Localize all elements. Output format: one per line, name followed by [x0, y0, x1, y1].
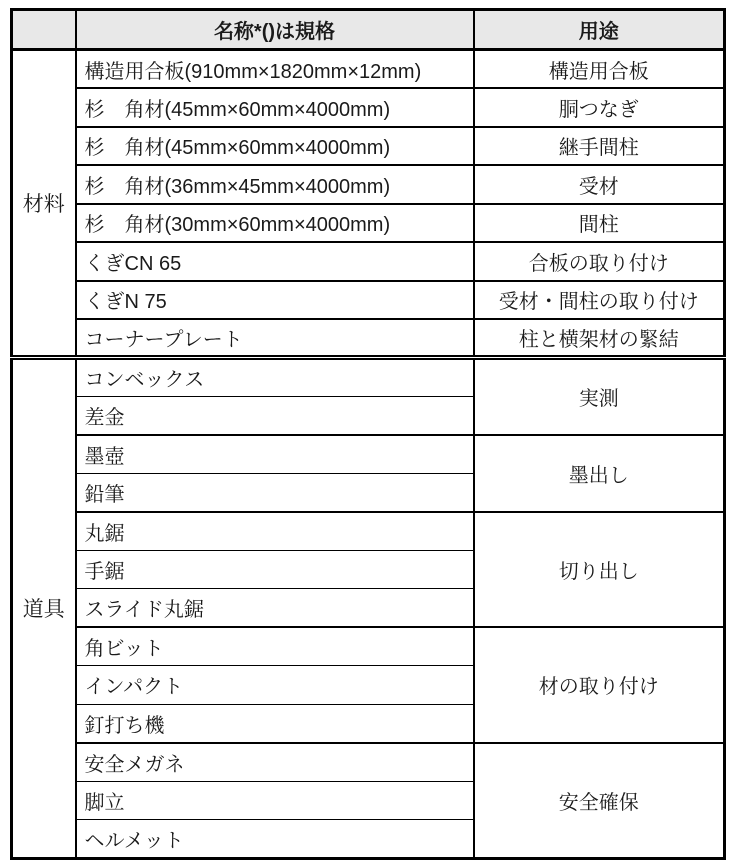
item-name-cell: コーナープレート: [76, 319, 474, 358]
use-cell: 間柱: [474, 204, 725, 243]
table-row: 丸鋸 切り出し: [12, 512, 725, 551]
item-name-cell: 手鋸: [76, 550, 474, 589]
table-row: 杉 角材(30mm×60mm×4000mm) 間柱: [12, 204, 725, 243]
use-cell: 構造用合板: [474, 50, 725, 89]
table-row: 角ビット 材の取り付け: [12, 627, 725, 666]
table-row: 道具 コンベックス 実測: [12, 358, 725, 397]
item-name-cell: スライド丸鋸: [76, 589, 474, 628]
table-row: 材料 構造用合板(910mm×1820mm×12mm) 構造用合板: [12, 50, 725, 89]
section-label-materials: 材料: [12, 50, 76, 358]
table-row: 杉 角材(36mm×45mm×4000mm) 受材: [12, 165, 725, 204]
use-cell: 柱と横架材の緊結: [474, 319, 725, 358]
item-name-cell: 杉 角材(45mm×60mm×4000mm): [76, 127, 474, 166]
item-name-cell: 釘打ち機: [76, 704, 474, 743]
header-row: 名称*()は規格 用途: [12, 10, 725, 50]
item-name-cell: 墨壺: [76, 435, 474, 474]
table-row: 杉 角材(45mm×60mm×4000mm) 胴つなぎ: [12, 88, 725, 127]
use-cell: 実測: [474, 358, 725, 435]
materials-tools-table: 名称*()は規格 用途 材料 構造用合板(910mm×1820mm×12mm) …: [10, 8, 726, 860]
table-row: 墨壺 墨出し: [12, 435, 725, 474]
name-spec-header: 名称*()は規格: [76, 10, 474, 50]
table-row: 安全メガネ 安全確保: [12, 743, 725, 782]
item-name-cell: 構造用合板(910mm×1820mm×12mm): [76, 50, 474, 89]
use-header: 用途: [474, 10, 725, 50]
item-name-cell: くぎN 75: [76, 281, 474, 320]
item-name-cell: 差金: [76, 396, 474, 435]
use-cell: 切り出し: [474, 512, 725, 628]
item-name-cell: 杉 角材(36mm×45mm×4000mm): [76, 165, 474, 204]
item-name-cell: 安全メガネ: [76, 743, 474, 782]
section-label-tools: 道具: [12, 358, 76, 859]
item-name-cell: 角ビット: [76, 627, 474, 666]
use-cell: 継手間柱: [474, 127, 725, 166]
item-name-cell: インパクト: [76, 666, 474, 705]
item-name-cell: コンベックス: [76, 358, 474, 397]
item-name-cell: 脚立: [76, 781, 474, 820]
table-row: 杉 角材(45mm×60mm×4000mm) 継手間柱: [12, 127, 725, 166]
use-cell: 胴つなぎ: [474, 88, 725, 127]
table-row: コーナープレート 柱と横架材の緊結: [12, 319, 725, 358]
item-name-cell: 鉛筆: [76, 473, 474, 512]
use-cell: 合板の取り付け: [474, 242, 725, 281]
item-name-cell: 丸鋸: [76, 512, 474, 551]
item-name-cell: 杉 角材(30mm×60mm×4000mm): [76, 204, 474, 243]
item-name-cell: 杉 角材(45mm×60mm×4000mm): [76, 88, 474, 127]
item-name-cell: くぎCN 65: [76, 242, 474, 281]
item-name-cell: ヘルメット: [76, 820, 474, 859]
use-cell: 材の取り付け: [474, 627, 725, 743]
use-cell: 受材・間柱の取り付け: [474, 281, 725, 320]
use-cell: 安全確保: [474, 743, 725, 859]
corner-cell: [12, 10, 76, 50]
use-cell: 受材: [474, 165, 725, 204]
table-row: くぎN 75 受材・間柱の取り付け: [12, 281, 725, 320]
use-cell: 墨出し: [474, 435, 725, 512]
table-row: くぎCN 65 合板の取り付け: [12, 242, 725, 281]
